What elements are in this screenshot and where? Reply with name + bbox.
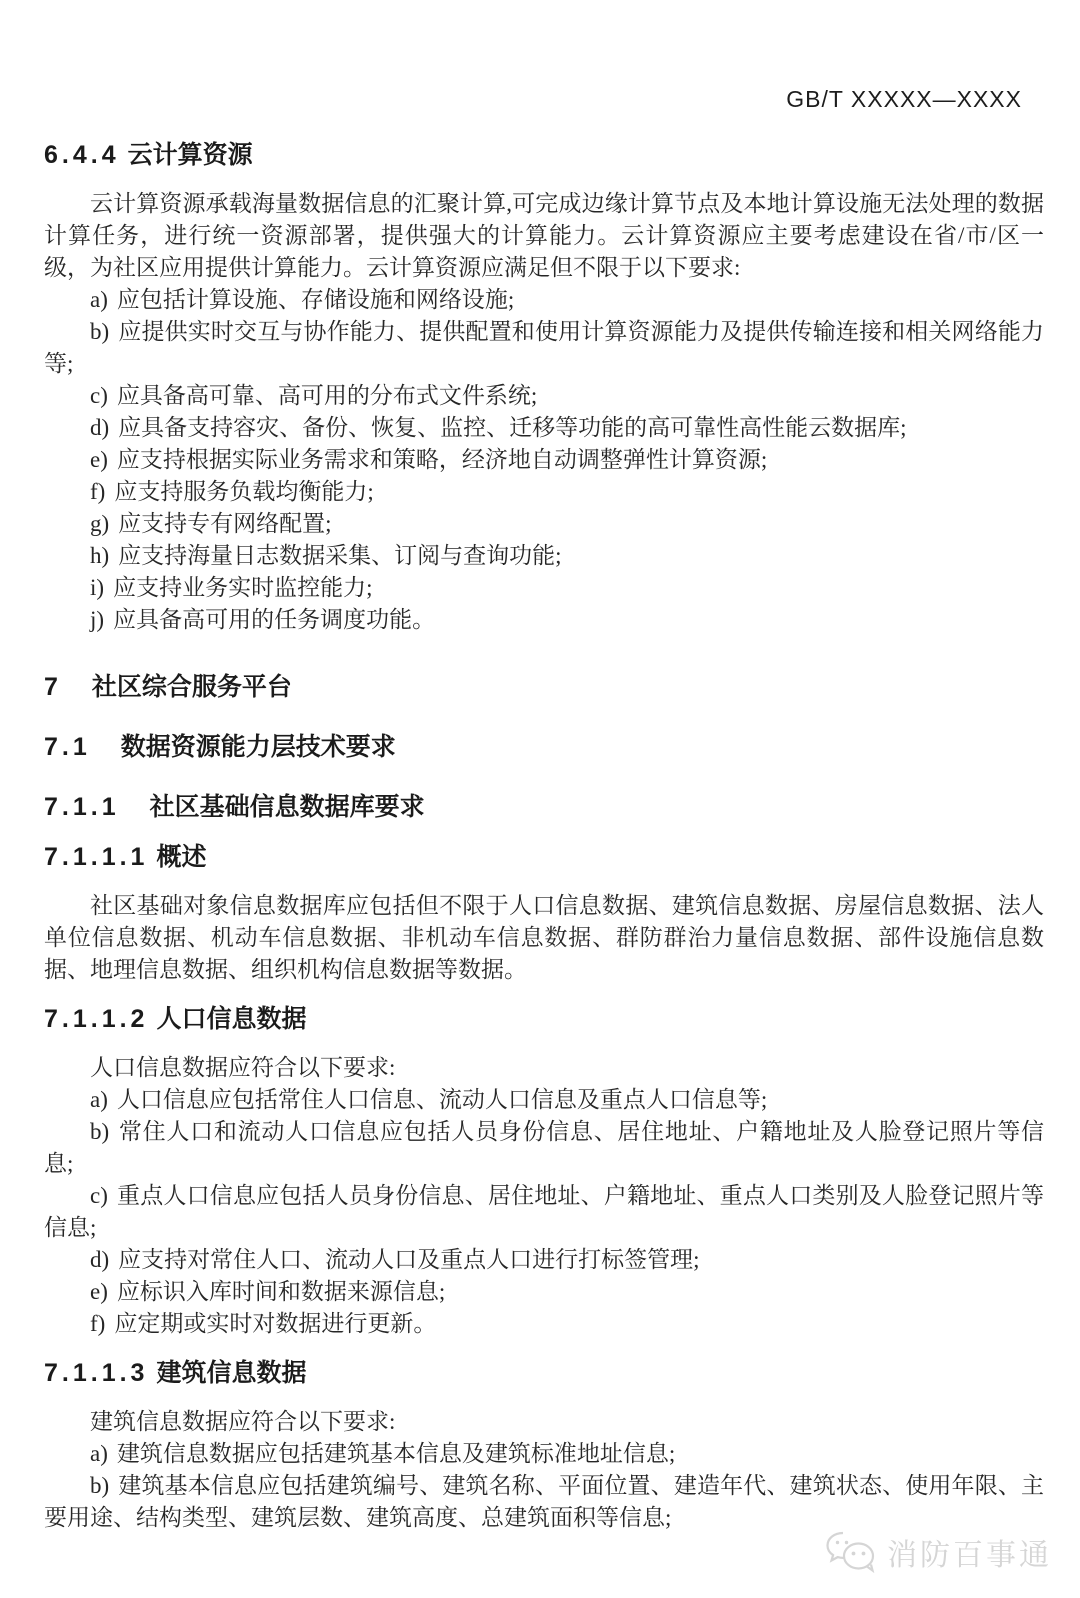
list-item: b)建筑基本信息应包括建筑编号、建筑名称、平面位置、建造年代、建筑状态、使用年限… [44, 1470, 1044, 1534]
item-text: 应支持对常住人口、流动人口及重点人口进行打标签管理; [118, 1247, 699, 1272]
list-item: e)应标识入库时间和数据来源信息; [44, 1276, 1044, 1308]
item-text: 应具备支持容灾、备份、恢复、监控、迁移等功能的高可靠性高性能云数据库; [118, 415, 906, 440]
item-text: 应支持根据实际业务需求和策略，经济地自动调整弹性计算资源; [117, 447, 767, 472]
item-text: 重点人口信息应包括人员身份信息、居住地址、户籍地址、重点人口类别及人脸登记照片等… [44, 1183, 1044, 1240]
heading-number: 6.4.4 [44, 141, 120, 169]
item-label: b) [90, 319, 109, 344]
list-item: c)应具备高可靠、高可用的分布式文件系统; [44, 380, 1044, 412]
document-body: 6.4.4云计算资源云计算资源承载海量数据信息的汇聚计算,可完成边缘计算节点及本… [44, 122, 1044, 1534]
paragraph: 社区基础对象信息数据库应包括但不限于人口信息数据、建筑信息数据、房屋信息数据、法… [44, 890, 1044, 986]
list-item: i)应支持业务实时监控能力; [44, 572, 1044, 604]
item-label: c) [90, 1183, 108, 1208]
heading-number: 7.1 [44, 733, 91, 761]
item-text: 人口信息应包括常住人口信息、流动人口信息及重点人口信息等; [117, 1087, 767, 1112]
list-item: h)应支持海量日志数据采集、订阅与查询功能; [44, 540, 1044, 572]
item-text: 建筑信息数据应包括建筑基本信息及建筑标准地址信息; [117, 1441, 675, 1466]
list-item: f)应支持服务负载均衡能力; [44, 476, 1044, 508]
item-text: 应提供实时交互与协作能力、提供配置和使用计算资源能力及提供传输连接和相关网络能力… [44, 319, 1044, 376]
doc-number: GB/T XXXXX—XXXX [786, 86, 1022, 113]
item-label: h) [90, 543, 109, 568]
heading-number: 7.1.1.3 [44, 1359, 148, 1387]
item-text: 应支持海量日志数据采集、订阅与查询功能; [118, 543, 561, 568]
item-text: 应支持服务负载均衡能力; [114, 479, 373, 504]
section-heading-7-1: 7.1数据资源能力层技术要求 [44, 730, 1044, 764]
item-label: e) [90, 447, 108, 472]
item-text: 应标识入库时间和数据来源信息; [117, 1279, 445, 1304]
heading-title: 社区基础信息数据库要求 [150, 793, 425, 821]
item-label: c) [90, 383, 108, 408]
heading-number: 7.1.1 [44, 793, 120, 821]
heading-title: 云计算资源 [128, 141, 253, 169]
wechat-logo-icon [824, 1530, 880, 1574]
item-text: 应包括计算设施、存储设施和网络设施; [117, 287, 514, 312]
section-heading-6-4-4: 6.4.4云计算资源 [44, 138, 1044, 172]
heading-title: 数据资源能力层技术要求 [121, 733, 396, 761]
item-label: i) [90, 575, 104, 600]
list-item: f)应定期或实时对数据进行更新。 [44, 1308, 1044, 1340]
paragraph: 云计算资源承载海量数据信息的汇聚计算,可完成边缘计算节点及本地计算设施无法处理的… [44, 188, 1044, 284]
list-item: b)常住人口和流动人口信息应包括人员身份信息、居住地址、户籍地址及人脸登记照片等… [44, 1116, 1044, 1180]
item-label: g) [90, 511, 109, 536]
item-label: b) [90, 1473, 109, 1498]
heading-title: 概述 [156, 843, 206, 871]
watermark: 消防百事通 [824, 1530, 1052, 1574]
section-heading-7: 7社区综合服务平台 [44, 670, 1044, 704]
paragraph: 建筑信息数据应符合以下要求: [44, 1406, 1044, 1438]
section-heading-7-1-1: 7.1.1社区基础信息数据库要求 [44, 790, 1044, 824]
list-item: b)应提供实时交互与协作能力、提供配置和使用计算资源能力及提供传输连接和相关网络… [44, 316, 1044, 380]
list-item: c)重点人口信息应包括人员身份信息、居住地址、户籍地址、重点人口类别及人脸登记照… [44, 1180, 1044, 1244]
list-item: j)应具备高可用的任务调度功能。 [44, 604, 1044, 636]
item-label: a) [90, 1441, 108, 1466]
list-item: a)应包括计算设施、存储设施和网络设施; [44, 284, 1044, 316]
paragraph-text: 人口信息数据应符合以下要求: [90, 1055, 395, 1080]
paragraph-text: 社区基础对象信息数据库应包括但不限于人口信息数据、建筑信息数据、房屋信息数据、法… [44, 893, 1044, 982]
section-heading-7-1-1-3: 7.1.1.3建筑信息数据 [44, 1356, 1044, 1390]
list-item: d)应具备支持容灾、备份、恢复、监控、迁移等功能的高可靠性高性能云数据库; [44, 412, 1044, 444]
item-text: 应具备高可用的任务调度功能。 [113, 607, 435, 632]
heading-number: 7.1.1.2 [44, 1005, 148, 1033]
item-label: b) [90, 1119, 109, 1144]
item-label: a) [90, 287, 108, 312]
paragraph-text: 建筑信息数据应符合以下要求: [90, 1409, 395, 1434]
item-label: e) [90, 1279, 108, 1304]
paragraph-text: 云计算资源承载海量数据信息的汇聚计算,可完成边缘计算节点及本地计算设施无法处理的… [44, 191, 1044, 280]
heading-title: 人口信息数据 [156, 1005, 306, 1033]
item-text: 建筑基本信息应包括建筑编号、建筑名称、平面位置、建造年代、建筑状态、使用年限、主… [44, 1473, 1044, 1530]
list-item: e)应支持根据实际业务需求和策略，经济地自动调整弹性计算资源; [44, 444, 1044, 476]
item-text: 应具备高可靠、高可用的分布式文件系统; [117, 383, 537, 408]
section-heading-7-1-1-2: 7.1.1.2人口信息数据 [44, 1002, 1044, 1036]
section-heading-7-1-1-1: 7.1.1.1概述 [44, 840, 1044, 874]
list-item: g)应支持专有网络配置; [44, 508, 1044, 540]
list-item: a)建筑信息数据应包括建筑基本信息及建筑标准地址信息; [44, 1438, 1044, 1470]
heading-number: 7.1.1.1 [44, 843, 148, 871]
item-text: 应支持业务实时监控能力; [113, 575, 372, 600]
list-item: a)人口信息应包括常住人口信息、流动人口信息及重点人口信息等; [44, 1084, 1044, 1116]
list-item: d)应支持对常住人口、流动人口及重点人口进行打标签管理; [44, 1244, 1044, 1276]
item-text: 应定期或实时对数据进行更新。 [114, 1311, 436, 1336]
item-text: 常住人口和流动人口信息应包括人员身份信息、居住地址、户籍地址及人脸登记照片等信息… [44, 1119, 1044, 1176]
item-label: f) [90, 1311, 105, 1336]
watermark-text: 消防百事通 [887, 1530, 1052, 1574]
item-label: f) [90, 479, 105, 504]
item-label: d) [90, 415, 109, 440]
item-text: 应支持专有网络配置; [118, 511, 331, 536]
item-label: d) [90, 1247, 109, 1272]
heading-number: 7 [44, 673, 62, 701]
item-label: j) [90, 607, 104, 632]
heading-title: 建筑信息数据 [156, 1359, 306, 1387]
heading-title: 社区综合服务平台 [92, 673, 292, 701]
item-label: a) [90, 1087, 108, 1112]
paragraph: 人口信息数据应符合以下要求: [44, 1052, 1044, 1084]
document-page: GB/T XXXXX—XXXX 6.4.4云计算资源云计算资源承载海量数据信息的… [0, 0, 1080, 1598]
